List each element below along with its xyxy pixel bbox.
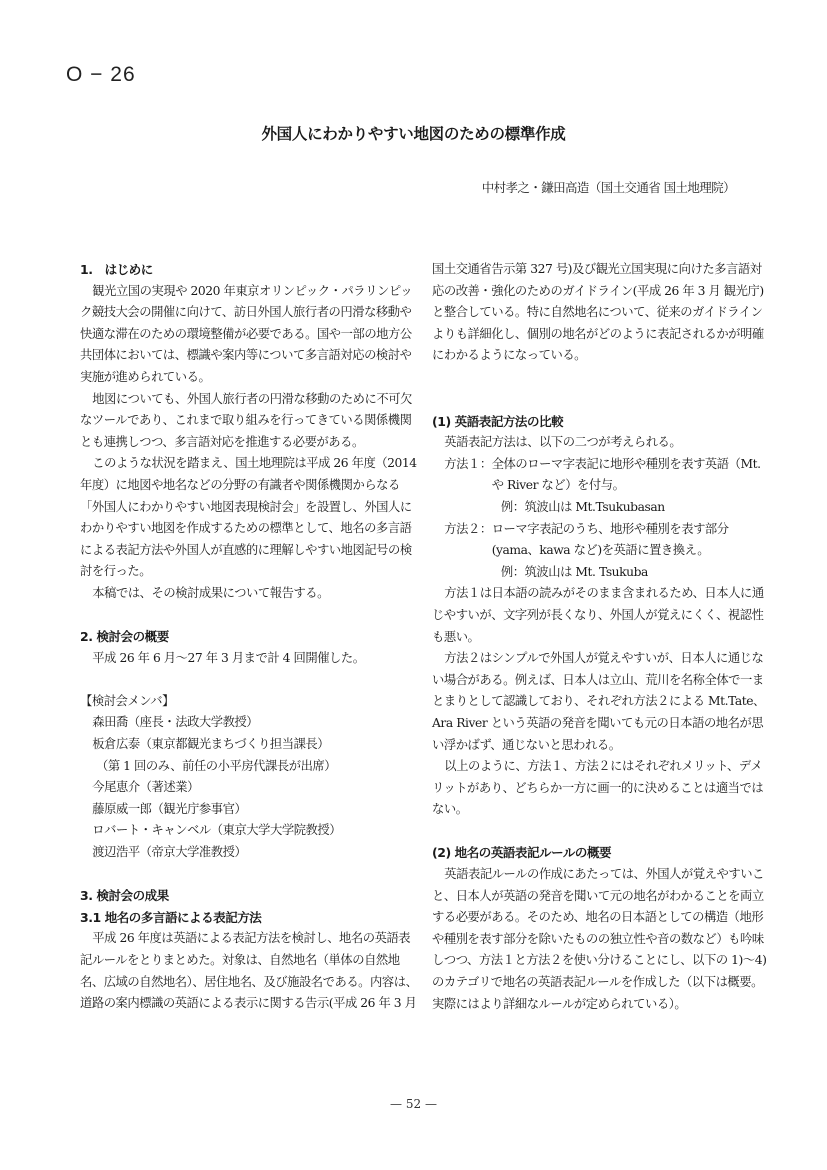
section-3-1-heading: 3.1 地名の多言語による表記方法 xyxy=(80,907,420,929)
method-2-text: ローマ字表記のうち、地形や種別を表す部分(yama、kawa など)を英語に置き… xyxy=(492,519,772,562)
section-3-1-paragraph-cont: 平成 26 年度は英語による表記方法を検討し、地名の英語表記ルールをとりまとめた… xyxy=(432,259,772,367)
subsection-1-heading: (1) 英語表記方法の比較 xyxy=(432,411,772,433)
left-column: 1. はじめに 観光立国の実現や 2020 年東京オリンピック・パラリンピック競… xyxy=(80,259,420,1014)
method-2-example: 例：筑波山は Mt. Tsukuba xyxy=(432,562,772,584)
subsection-1-paragraph: 方法２はシンプルで外国人が覚えやすいが、日本人に通じない場合がある。例えば、日本… xyxy=(432,648,772,756)
section-3-1-continuation: 平成 26 年度は英語による表記方法を検討し、地名の英語表記ルールをとりまとめた… xyxy=(432,259,772,389)
section-1-paragraph: このような状況を踏まえ、国土地理院は平成 26 年度（2014 年度）に地図や地… xyxy=(80,453,420,583)
paper-title: 外国人にわかりやすい地図のための標準作成 xyxy=(0,122,827,144)
member-note: （第 1 回のみ、前任の小平房代課長が出席） xyxy=(80,756,420,778)
subsection-1-paragraph: 以上のように、方法１、方法２にはそれぞれメリット、デメリットがあり、どちらか一方… xyxy=(432,756,772,821)
member-item: 今尾恵介（著述業） xyxy=(80,777,420,799)
section-2-heading: 2. 検討会の概要 xyxy=(80,626,420,648)
page-number: — 52 — xyxy=(0,1097,827,1111)
paper-id: O − 26 xyxy=(66,63,136,87)
member-item: 板倉広泰（東京都観光まちづくり担当課長） xyxy=(80,734,420,756)
method-1-label: 方法１： xyxy=(444,454,491,497)
section-1-paragraph: 地図についても、外国人旅行者の円滑な移動のために不可欠なツールであり、これまで取… xyxy=(80,389,420,454)
members-list: 森田喬（座長・法政大学教授） 板倉広泰（東京都観光まちづくり担当課長） （第 1… xyxy=(80,712,420,863)
method-1-example: 例：筑波山は Mt.Tsukubasan xyxy=(432,497,772,519)
subsection-2-heading: (2) 地名の英語表記ルールの概要 xyxy=(432,842,772,864)
section-3-heading: 3. 検討会の成果 xyxy=(80,885,420,907)
subsection-2-paragraph: 英語表記ルールの作成にあたっては、外国人が覚えやすいこと、日本人が英語の発音を聞… xyxy=(432,864,772,1015)
section-1-paragraph: 本稿では、その検討成果について報告する。 xyxy=(80,583,420,605)
section-1-heading: 1. はじめに xyxy=(80,259,420,281)
section-1-paragraph: 観光立国の実現や 2020 年東京オリンピック・パラリンピック競技大会の開催に向… xyxy=(80,281,420,389)
method-2-label: 方法２： xyxy=(444,519,491,562)
method-1-text: 全体のローマ字表記に地形や種別を表す英語（Mt.や River など）を付与。 xyxy=(492,454,772,497)
member-item: ロバート・キャンベル（東京大学大学院教授） xyxy=(80,820,420,842)
member-item: 渡辺浩平（帝京大学准教授） xyxy=(80,842,420,864)
method-2: 方法２： ローマ字表記のうち、地形や種別を表す部分(yama、kawa など)を… xyxy=(432,519,772,562)
subsection-1-paragraph: 方法１は日本語の読みがそのまま含まれるため、日本人に通じやすいが、文字列が長くな… xyxy=(432,583,772,648)
members-heading: 【検討会メンバ】 xyxy=(80,691,420,713)
authors: 中村孝之・鎌田高造（国土交通省 国土地理院） xyxy=(482,178,735,196)
section-3-1-paragraph-start: 平成 26 年度は英語による表記方法を検討し、地名の英語表記ルールをとりまとめた… xyxy=(80,928,420,1014)
member-item: 森田喬（座長・法政大学教授） xyxy=(80,712,420,734)
method-1: 方法１： 全体のローマ字表記に地形や種別を表す英語（Mt.や River など）… xyxy=(432,454,772,497)
member-item: 藤原威一郎（観光庁参事官） xyxy=(80,799,420,821)
subsection-1-intro: 英語表記方法は、以下の二つが考えられる。 xyxy=(432,432,772,454)
right-column: 平成 26 年度は英語による表記方法を検討し、地名の英語表記ルールをとりまとめた… xyxy=(432,259,772,1015)
section-2-text: 平成 26 年 6 月～27 年 3 月まで計 4 回開催した。 xyxy=(80,648,420,670)
